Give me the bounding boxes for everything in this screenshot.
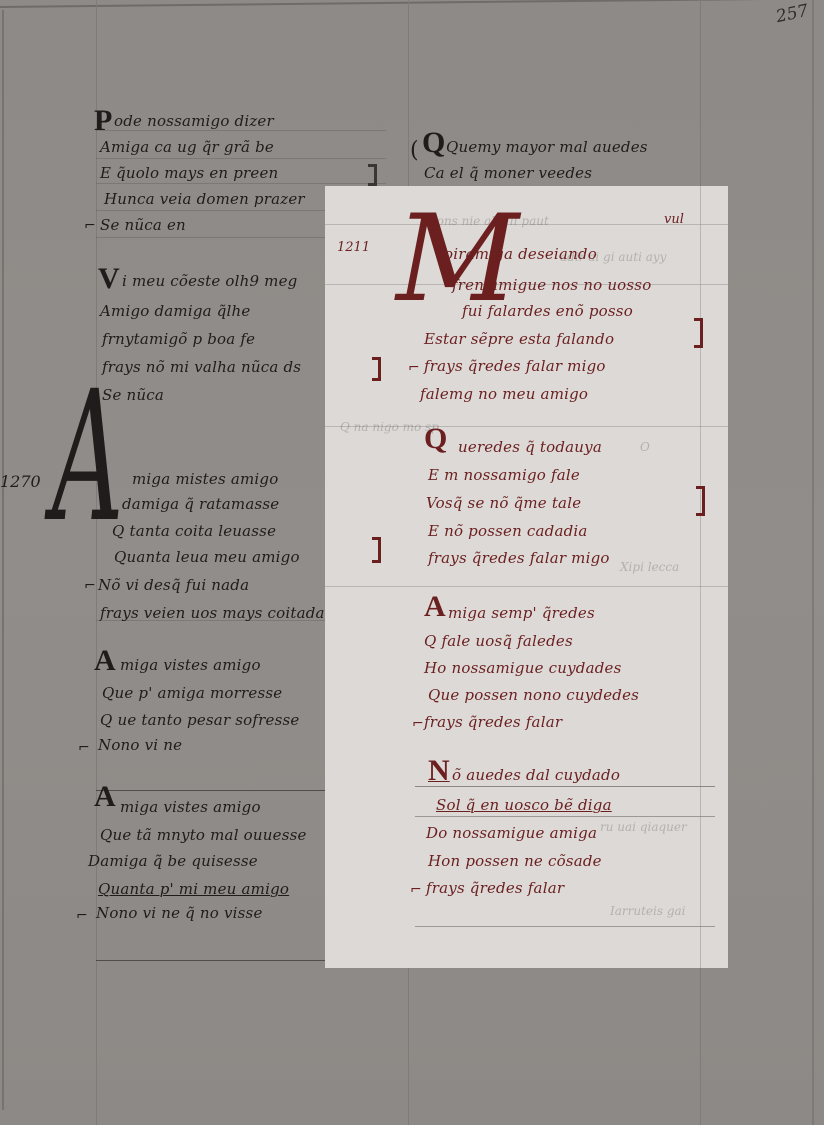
stanza-initial: A: [424, 590, 446, 624]
verse-line: ueredes q̃ todauya: [458, 438, 602, 456]
paragraph-mark-icon: ⌐: [76, 908, 88, 924]
ruling-line: [96, 158, 386, 159]
ruling-line: [96, 130, 386, 131]
brace-mark: (: [410, 138, 419, 163]
bracket-mark: [694, 318, 703, 348]
verse-line: frays q̃redes falar migo: [424, 357, 606, 375]
paragraph-mark-icon: ⌐: [84, 578, 96, 594]
stanza-initial: N: [428, 754, 450, 788]
verse-line: damiga q̃ ratamasse: [122, 495, 279, 513]
stanza-initial: A: [94, 644, 116, 678]
verse-line: oiramiga deseiando: [444, 245, 597, 263]
verse-line: miga vistes amigo: [120, 798, 261, 816]
page-left-edge: [2, 10, 4, 1110]
paragraph-mark-icon: ⌐: [410, 882, 422, 898]
verse-line: Ho nossamigue cuydades: [424, 659, 622, 677]
verse-line: Damiga q̃ be quisesse: [88, 852, 258, 870]
verse-line: E q̃uolo mays en preen: [100, 164, 278, 182]
verse-line: Quanta p' mi meu amigo: [98, 880, 289, 898]
ruling-vertical: [700, 186, 701, 968]
verse-line: frnytamigõ p boa fe: [102, 330, 255, 348]
verse-line: Q fale uosq̃ faledes: [424, 632, 573, 650]
verse-line: Nono vi ne: [98, 736, 182, 754]
verse-line: Nõ vi desq̃ fui nada: [98, 576, 249, 594]
verse-line: Q tanta coita leuasse: [112, 522, 276, 540]
paragraph-mark-icon: ⌐: [408, 360, 420, 376]
stanza-initial: V: [98, 262, 120, 296]
verse-line: Sol q̃ en uosco bẽ diga: [436, 796, 612, 814]
verse-line: i meu cõeste olh9 meg: [122, 272, 297, 290]
verse-line: fui falardes enõ posso: [462, 302, 633, 320]
bracket-mark: [696, 486, 705, 516]
ruling-line: [415, 786, 715, 787]
verse-line: Quemy mayor mal auedes: [446, 138, 648, 156]
ruling-line: [325, 586, 728, 587]
verse-line: Nono vi ne q̃ no visse: [96, 904, 263, 922]
paragraph-mark-icon: ⌐: [412, 716, 424, 732]
verse-line: frays veien uos mays coitada: [100, 604, 325, 622]
ruling-vertical: [96, 0, 97, 1125]
bracket-mark: [372, 357, 381, 381]
verse-line: Ca el q̃ moner veedes: [424, 164, 592, 182]
verse-line: falemg no meu amigo: [420, 385, 588, 403]
verse-line: Do nossamigue amiga: [426, 824, 597, 842]
verse-line: Estar sẽpre esta falando: [424, 330, 614, 348]
verse-line: Se nũca en: [100, 216, 186, 234]
verse-line: Hon possen ne cõsade: [428, 852, 602, 870]
verse-line: miga semp' q̃redes: [448, 604, 595, 622]
ruling-line: [96, 183, 386, 184]
verse-line: Amigo damiga q̃lhe: [100, 302, 250, 320]
folio-number: 257: [774, 1, 810, 27]
paragraph-mark-icon: ⌐: [84, 218, 96, 234]
verse-line: frays q̃redes falar: [424, 713, 562, 731]
verse-line: frays q̃redes falar migo: [428, 549, 610, 567]
verse-line: E nõ possen cadadia: [428, 522, 588, 540]
verse-line: Que tã mnyto mal ouuesse: [100, 826, 307, 844]
stanza-initial: A: [94, 780, 116, 814]
verse-line: ode nossamigo dizer: [114, 112, 274, 130]
margin-number: 1211: [337, 240, 370, 255]
verse-line: fren amigue nos no uosso: [452, 276, 651, 294]
ruling-line: [415, 926, 715, 927]
verse-line: frays nõ mi valha nũca ds: [102, 358, 301, 376]
bracket-mark: [368, 164, 377, 186]
verse-line: Amiga ca ug q̃r grã be: [100, 138, 274, 156]
paragraph-mark-icon: ⌐: [78, 740, 90, 756]
verse-line: Que possen nono cuydedes: [428, 686, 639, 704]
verse-line: miga vistes amigo: [120, 656, 261, 674]
verse-line: E m nossamigo fale: [428, 466, 580, 484]
decorated-initial: A: [52, 368, 124, 548]
page-right-edge: [812, 0, 814, 1125]
stanza-initial: P: [94, 104, 112, 138]
bracket-mark: [372, 537, 381, 563]
stanza-initial: Q: [422, 126, 445, 160]
stanza-initial: Q: [424, 422, 447, 456]
margin-number: 1270: [0, 472, 41, 491]
ruling-line: [415, 816, 715, 817]
verse-line: Que p' amiga morresse: [102, 684, 282, 702]
verse-line: õ auedes dal cuydado: [452, 766, 620, 784]
verse-line: Hunca veia domen prazer: [104, 190, 305, 208]
margin-note: vul: [664, 212, 684, 227]
verse-line: frays q̃redes falar: [426, 879, 564, 897]
verse-line: Quanta leua meu amigo: [114, 548, 300, 566]
manuscript-page: 257 1270 P ode nossamigo dizer Amiga ca …: [0, 0, 824, 1125]
verse-line: Q ue tanto pesar sofresse: [100, 711, 300, 729]
verse-line: miga mistes amigo: [132, 470, 278, 488]
verse-line: Vosq̃ se nõ q̃me tale: [426, 494, 581, 512]
